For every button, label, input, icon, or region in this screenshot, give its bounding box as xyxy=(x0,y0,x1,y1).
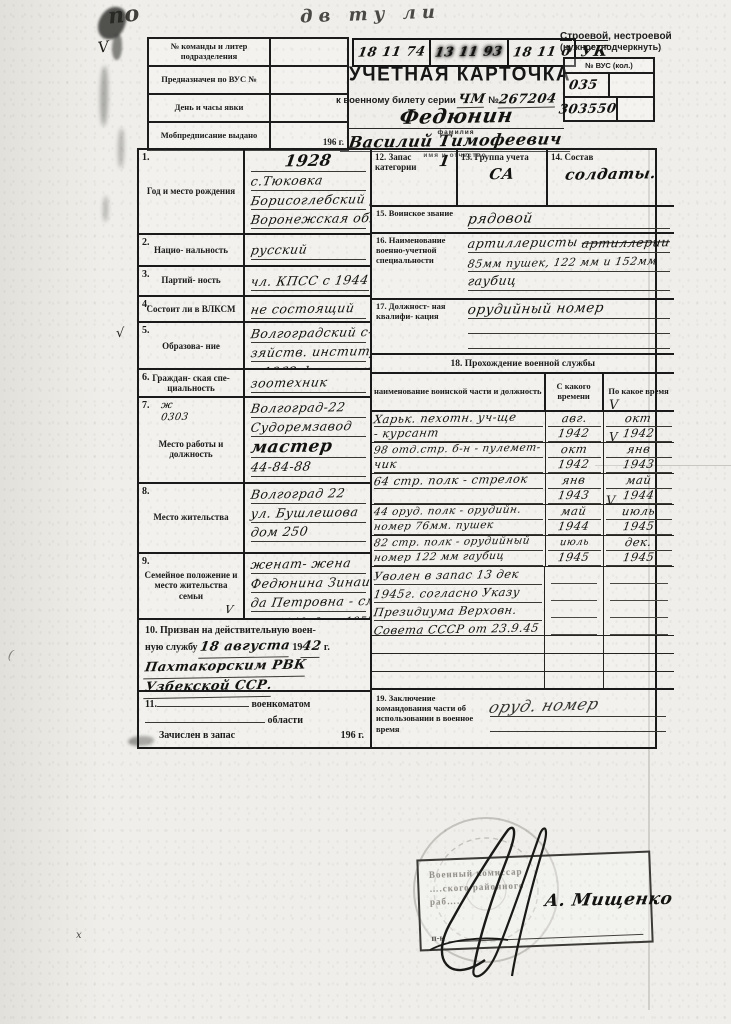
section-title: 17. Должност- ная квалифи- кация xyxy=(372,300,464,353)
hw-line: с.Тюковка xyxy=(251,172,366,191)
hw-line xyxy=(468,319,670,334)
hw-line: Харьк. пехотн. уч-ще xyxy=(374,412,543,427)
section-title: Партий- ность xyxy=(161,275,220,285)
check-mark: V xyxy=(609,398,618,413)
to-hw: июль xyxy=(621,505,656,518)
reserve-category-hw: 1 xyxy=(438,152,452,170)
blank-line xyxy=(551,618,597,635)
rank-abbreviation: п-к xyxy=(431,932,445,943)
section-label: 1. Год и место рождения xyxy=(139,150,245,233)
section-label: 5. Образова- ние xyxy=(139,323,245,368)
section-number: 8. xyxy=(142,486,150,498)
conscription-year-hw: 42 xyxy=(301,638,323,658)
blank-line xyxy=(610,601,668,618)
hw-line: 44-84-88 xyxy=(251,458,366,477)
residence-street: ул. Бушлешова xyxy=(250,504,360,521)
empty-cell xyxy=(545,672,604,688)
section-1-birth: 1. Год и место рождения 1928 с.Тюковка Б… xyxy=(139,150,370,235)
party-membership: чл. КПСС с 1944 xyxy=(250,272,370,289)
hw-line: окт xyxy=(548,443,601,458)
from-hw: июль xyxy=(558,536,589,549)
section-value: не состоящий xyxy=(245,297,370,322)
paper-smudge xyxy=(103,196,108,222)
unit-hw: 64 стр. полк - стрелок xyxy=(373,474,529,488)
ink-scribble: дв ту ли xyxy=(300,2,442,28)
section-title: 12. Запас категории xyxy=(375,152,416,172)
hw-line: дом 250 xyxy=(251,523,366,542)
hw-line: Волгоградский с-хо xyxy=(251,324,366,343)
vus-cell xyxy=(610,74,653,96)
blank-line xyxy=(610,584,668,601)
enlisted-reserve-label: Зачислен в запас xyxy=(145,730,235,741)
row-label: Мобпредписание выдано xyxy=(149,123,271,149)
section-11-reserve: 11. военкоматом области Зачислен в запас… xyxy=(139,692,370,748)
empty-row xyxy=(372,636,674,654)
from-hw: 1943 xyxy=(557,489,590,503)
work-employer: Судоремзавод xyxy=(250,418,354,435)
section-number: 2. xyxy=(142,237,150,249)
paper-smudge xyxy=(100,66,108,126)
hw-line: Борисоглебский р-н xyxy=(251,191,366,210)
voenkomat-word: военкоматом xyxy=(251,699,310,710)
date-value: 18 11 74 xyxy=(357,44,427,60)
section-title: Место жительства xyxy=(153,512,228,522)
card-title: УЧЕТНАЯ КАРТОЧКА xyxy=(340,63,580,86)
from-hw: 1942 xyxy=(557,458,590,472)
section-16-military-specialty: 16. Наименование военно-учетной специаль… xyxy=(372,234,674,300)
tick-mark: √ xyxy=(116,326,124,341)
check-mark: V xyxy=(224,604,234,617)
komsomol-status: не состоящий xyxy=(250,300,356,317)
hw-line: 1945г. согласно Указу xyxy=(374,585,542,603)
vus-row: 303550 xyxy=(565,98,653,120)
check-mark: V xyxy=(606,494,615,509)
card-left-column: 1. Год и место рождения 1928 с.Тюковка Б… xyxy=(139,150,372,747)
from-cell: июль 1945 xyxy=(546,536,604,566)
empty-cell xyxy=(604,654,674,671)
service-row: 98 отд.стр. б-н - пулемет- чик окт 1942 … xyxy=(372,443,674,474)
mobilization-row: № команды и литер подразделения xyxy=(149,39,347,67)
specialty-hw: артиллеристы xyxy=(467,234,579,251)
specialty-struck-hw: артиллерии xyxy=(580,234,670,251)
family-line: Федюнина Зинаи- xyxy=(250,573,370,590)
section-5-education: 5. Образова- ние Волгоградский с-хо зяйс… xyxy=(139,323,370,370)
section-label: 4. Состоит ли в ВЛКСМ xyxy=(139,297,245,322)
section-label: 7. ж 0303 Место работы и должность xyxy=(139,398,245,481)
hw-line: не состоящий xyxy=(251,300,366,319)
row-value xyxy=(271,67,347,93)
section-number: 4. xyxy=(142,299,150,311)
from-hw: 1944 xyxy=(557,520,590,534)
section-15-rank: 15. Воинское звание рядовой xyxy=(372,207,674,234)
hw-line: орудийный номер xyxy=(468,300,670,319)
section-number: 6. xyxy=(142,372,150,384)
mobilization-row: Предназначен по ВУС № xyxy=(149,67,347,95)
section-title: Граждан- ская спе- циальность xyxy=(143,373,239,394)
section-14-composition: 14. Состав солдаты. xyxy=(548,150,674,205)
vus-value: 303550 xyxy=(558,101,618,117)
hw-line: в 1962 фак. зоотехния xyxy=(251,362,366,368)
hw-line: Уволен в запас 13 дек xyxy=(374,567,542,585)
vus-value: 035 xyxy=(568,77,599,92)
unit-cell: Харьк. пехотн. уч-ще - курсант xyxy=(372,412,546,442)
hw-line: 1928 xyxy=(251,151,366,172)
work-phone: 44-84-88 xyxy=(250,459,313,475)
note-hw: Уволен в запас 13 дек xyxy=(373,566,521,585)
signature-line xyxy=(448,922,643,942)
empty-row xyxy=(372,654,674,672)
date-cell: 13 11 93 xyxy=(431,40,508,65)
hw-line: Воронежская обл. xyxy=(251,210,366,229)
hw-line: номер 122 мм гаубиц xyxy=(374,551,543,566)
sections-12-13-14: 12. Запас категории 1 13. Группа учета С… xyxy=(372,150,674,207)
from-hw: янв xyxy=(561,474,587,487)
section-number: 5. xyxy=(142,325,150,337)
unit-cell: 82 стр. полк - орудийный номер 122 мм га… xyxy=(372,536,546,566)
section-title: 16. Наименование военно-учетной специаль… xyxy=(372,234,464,298)
note-hw: 1945г. согласно Указу xyxy=(373,584,522,603)
work-position: мастер xyxy=(249,437,334,458)
blank-line xyxy=(551,584,597,601)
hw-line: ул. Бушлешова xyxy=(251,504,366,523)
column-from: С какого времени xyxy=(546,374,604,410)
section-19-conclusion: 19. Заключение командования части об исп… xyxy=(372,690,674,747)
scan-edge-shadow xyxy=(0,0,104,1024)
to-cell: июль 1945 xyxy=(604,505,674,535)
hw-code-letter: ж xyxy=(160,400,174,412)
section-3-party: 3. Партий- ность чл. КПСС с 1944 xyxy=(139,267,370,297)
section-value: артиллеристы артиллерии 85мм пушек, 122 … xyxy=(464,234,674,298)
section-title: Место работы и должность xyxy=(143,439,239,460)
composition-hw: солдаты. xyxy=(549,164,672,184)
section-number: 9. xyxy=(142,556,150,568)
hw-line: 82 стр. полк - орудийный xyxy=(374,536,543,551)
from-hw: авг. xyxy=(560,412,587,425)
oblast-word: области xyxy=(268,715,303,726)
vus-cell xyxy=(618,98,653,120)
row-label: Предназначен по ВУС № xyxy=(149,67,271,93)
service-row: 44 оруд. полк - орудийн. номер 76мм. пуш… xyxy=(372,505,674,536)
date-cell: 18 11 74 xyxy=(354,40,431,65)
from-cell: окт 1942 xyxy=(546,443,604,473)
section-value: 1928 с.Тюковка Борисоглебский р-н Вороне… xyxy=(245,150,370,233)
hw-line: Президиума Верховн. xyxy=(374,603,542,621)
empty-service-rows xyxy=(372,636,674,690)
hw-line: женат- жена xyxy=(251,555,366,574)
from-cell: май 1944 xyxy=(546,505,604,535)
blank-line xyxy=(610,567,668,584)
hw-line: гаубиц xyxy=(468,272,670,291)
row-label: День и часы явки xyxy=(149,95,271,121)
account-group-hw: СА xyxy=(459,164,544,183)
vus-box: № ВУС (кол.) 035 303550 xyxy=(563,57,655,122)
section-value: русский xyxy=(245,235,370,265)
unit-hw: номер 122 мм гаубиц xyxy=(373,550,505,565)
hw-line: 1943 xyxy=(548,489,601,504)
unit-cell: 64 стр. полк - стрелок xyxy=(372,474,546,504)
hw-line: окт xyxy=(606,412,672,427)
hw-code: ж 0303 xyxy=(161,400,188,423)
from-hw: окт xyxy=(560,443,588,456)
stroevoi-rest: , нестроевой xyxy=(608,31,672,42)
vus-row: 035 xyxy=(565,74,653,98)
unit-hw: номер 76мм. пушек xyxy=(373,519,495,534)
section-title: Год и место рождения xyxy=(147,186,235,196)
blank-line xyxy=(490,731,666,732)
nationality: русский xyxy=(250,241,309,257)
to-cell-empty xyxy=(604,567,674,635)
scanned-military-record-card: по дв ту ли № команды и литер подразделе… xyxy=(0,0,731,1024)
section-9-family: 9. Семейное положение и место жительства… xyxy=(139,554,370,620)
birth-district: Борисоглебский р-н xyxy=(250,191,370,208)
hw-line: май xyxy=(606,474,672,489)
section-value: Волгоградский с-хо зяйств. институт. в 1… xyxy=(245,323,370,368)
hw-line: 1943 xyxy=(606,458,672,473)
unit-hw: 98 отд.стр. б-н - пулемет- xyxy=(373,443,542,457)
education-line: зяйств. институт. xyxy=(250,343,370,361)
service-row: 64 стр. полк - стрелок янв 1943 май 1944 xyxy=(372,474,674,505)
section-label: 8. Место жительства xyxy=(139,484,245,552)
hw-line: да Петровна - см xyxy=(251,593,366,612)
hw-line: июль xyxy=(548,536,601,551)
section-title: 13. Группа учета xyxy=(461,152,529,162)
section-title: Нацио- нальность xyxy=(154,245,228,255)
hw-line: 1942 xyxy=(548,458,601,473)
reserve-year: 196 г. xyxy=(341,729,364,744)
to-hw: май xyxy=(625,474,652,487)
hw-line xyxy=(251,542,366,552)
empty-cell xyxy=(372,636,545,653)
education-line: Волгоградский с-хо xyxy=(250,324,370,341)
hw-line: 98 отд.стр. б-н - пулемет- xyxy=(374,443,543,458)
header-right: Строевой, нестроевой (нужное, подчеркнут… xyxy=(560,31,728,122)
empty-cell xyxy=(545,636,604,653)
hw-line: 1944 xyxy=(606,489,672,504)
section-title: Образова- ние xyxy=(162,341,220,351)
from-cell: янв 1943 xyxy=(546,474,604,504)
hw-line: 1944 xyxy=(548,520,601,535)
hw-line: май xyxy=(548,505,601,520)
paper-smudge xyxy=(112,34,122,60)
date-value: 13 11 93 xyxy=(434,44,504,60)
empty-cell xyxy=(372,672,545,688)
hw-line: Федюнина Зинаи- xyxy=(251,574,366,593)
hw-line: 1942 xyxy=(548,427,601,442)
blank-line xyxy=(551,601,597,618)
blank-line xyxy=(551,567,597,584)
section-label: 6. Граждан- ская спе- циальность xyxy=(139,370,245,396)
hw-line: рядовой xyxy=(468,210,670,229)
hw-line: русский xyxy=(251,241,366,260)
service-table-header: наименование воинской части и должность … xyxy=(372,374,674,412)
unit-hw: чик xyxy=(373,458,398,471)
section-number: 11. xyxy=(145,699,157,710)
to-hw: 1943 xyxy=(622,458,655,472)
birth-place: с.Тюковка xyxy=(250,172,325,188)
stroevoi-line: Строевой, нестроевой xyxy=(560,31,728,42)
card-right-column: 12. Запас категории 1 13. Группа учета С… xyxy=(372,150,674,747)
work-city: Волгоград-22 xyxy=(250,400,347,417)
to-hw: 1942 xyxy=(622,427,655,441)
conscription-line1: 10. Призван на действительную воен- xyxy=(145,625,316,636)
hw-line: оруд. номер xyxy=(490,696,666,717)
section-value: орудийный номер xyxy=(464,300,674,353)
section-8-residence: 8. Место жительства Волгоград 22 ул. Буш… xyxy=(139,484,370,554)
qualification-hw: орудийный номер xyxy=(467,300,606,318)
reserve-text: 11. военкоматом области Зачислен в запас… xyxy=(139,692,370,748)
from-hw: 1945 xyxy=(557,551,590,565)
section-value: женат- жена Федюнина Зинаи- да Петровна … xyxy=(245,554,370,618)
section-13-account-group: 13. Группа учета СА xyxy=(458,150,548,205)
hw-line: 85мм пушек, 122 мм и 152мм xyxy=(468,253,670,272)
hw-line: мастер xyxy=(251,437,366,458)
section-2-nationality: 2. Нацио- нальность русский xyxy=(139,235,370,267)
stamp-signature-row: п-к xyxy=(431,922,643,943)
family-line: сын 1949, дочь 1953 г. xyxy=(250,614,370,617)
unit-cell: 98 отд.стр. б-н - пулемет- чик xyxy=(372,443,546,473)
row-value: 196 г. xyxy=(271,123,347,149)
discharge-note: Уволен в запас 13 дек 1945г. согласно Ук… xyxy=(372,567,674,636)
section-18-title: 18. Прохождение военной службы xyxy=(372,355,674,374)
residence-city: Волгоград 22 xyxy=(250,485,347,502)
section-title: Состоит ли в ВЛКСМ xyxy=(147,304,236,314)
section-label: 2. Нацио- нальность xyxy=(139,235,245,265)
unit-hw: - курсант xyxy=(373,426,440,440)
from-hw: май xyxy=(560,505,587,518)
hw-line: сын 1949, дочь 1953 г. xyxy=(251,612,366,618)
hw-line: зяйств. институт. xyxy=(251,343,366,362)
check-mark: V xyxy=(609,430,618,444)
mobilization-box: № команды и литер подразделения Предназн… xyxy=(147,37,349,151)
section-value: зоотехник xyxy=(245,370,370,396)
hw-line: Волгоград 22 xyxy=(251,485,366,504)
to-hw: 1944 xyxy=(622,489,655,503)
to-hw: 1945 xyxy=(622,520,655,534)
vus-box-header: № ВУС (кол.) xyxy=(565,59,653,74)
section-title: 14. Состав xyxy=(551,152,593,162)
to-hw: 1945 xyxy=(622,551,655,565)
unit-cell: 44 оруд. полк - орудийн. номер 76мм. пуш… xyxy=(372,505,546,535)
empty-cell xyxy=(604,636,674,653)
to-cell: янв 1943 xyxy=(604,443,674,473)
section-title: Семейное положение и место жительства се… xyxy=(143,570,239,601)
record-card-body: 1. Год и место рождения 1928 с.Тюковка Б… xyxy=(137,148,657,749)
hw-line: 1945 xyxy=(548,551,601,566)
hw-line: 1945 xyxy=(606,520,672,535)
note-hw: Совета СССР от 23.9.45 xyxy=(373,621,541,639)
hw-code-digits: 0303 xyxy=(160,412,189,424)
hw-line: - курсант xyxy=(374,427,543,442)
conscription-rvk-hw: Пахтакорским РВК xyxy=(143,656,307,679)
section-number: 7. xyxy=(142,400,150,412)
empty-cell xyxy=(372,654,545,671)
education-line: в 1962 фак. зоотехния xyxy=(250,362,370,368)
section-value: Волгоград-22 Судоремзавод мастер 44-84-8… xyxy=(245,398,370,481)
to-hw: янв xyxy=(626,443,652,456)
birth-region: Воронежская обл. xyxy=(250,210,370,227)
mobilization-row: Мобпредписание выдано 196 г. xyxy=(149,123,347,149)
service-row: 82 стр. полк - орудийный номер 122 мм га… xyxy=(372,536,674,567)
section-value: Волгоград 22 ул. Бушлешова дом 250 xyxy=(245,484,370,552)
empty-cell xyxy=(604,672,674,688)
ink-scribble: по xyxy=(107,0,141,29)
empty-cell xyxy=(545,654,604,671)
hw-line: Совета СССР от 23.9.45 xyxy=(374,621,542,637)
residence-house: дом 250 xyxy=(250,523,310,539)
hw-line: янв xyxy=(548,474,601,489)
section-label: 3. Партий- ность xyxy=(139,267,245,295)
section-value: рядовой xyxy=(464,207,674,232)
hw-line: 44 оруд. полк - орудийн. xyxy=(374,505,543,520)
hw-line: номер 76мм. пушек xyxy=(374,520,543,535)
hw-line: зоотехник xyxy=(251,374,366,393)
cross-mark: х xyxy=(76,930,82,941)
column-unit: наименование воинской части и должность xyxy=(372,374,546,410)
handwritten-date-box: 18 11 74 13 11 93 18 11 д УК xyxy=(352,38,582,63)
hw-line: Судоремзавод xyxy=(251,418,366,437)
hw-line: 1945 xyxy=(606,551,672,566)
birth-year: 1928 xyxy=(284,151,334,171)
unit-hw: 44 оруд. полк - орудийн. xyxy=(373,505,522,519)
family-line: да Петровна - см xyxy=(250,592,370,609)
hw-line: чл. КПСС с 1944 xyxy=(251,272,369,291)
section-4-komsomol: 4. Состоит ли в ВЛКСМ не состоящий xyxy=(139,297,370,324)
row-label: № команды и литер подразделения xyxy=(149,39,271,65)
mobilization-row: День и часы явки xyxy=(149,95,347,123)
from-hw: 1942 xyxy=(557,427,590,441)
conscription-line2: ную службу xyxy=(145,642,198,653)
section-number: 3. xyxy=(142,269,150,281)
unit-hw: Харьк. пехотн. уч-ще xyxy=(373,412,518,426)
hw-line xyxy=(468,334,670,349)
printed-g: г. xyxy=(324,642,330,653)
empty-row xyxy=(372,672,674,690)
hw-line xyxy=(374,489,543,504)
section-number: 1. xyxy=(142,152,150,164)
hw-line: дек. xyxy=(606,536,672,551)
civil-specialty: зоотехник xyxy=(250,375,329,391)
to-hw: окт xyxy=(624,412,652,425)
note-hw: Президиума Верховн. xyxy=(373,602,519,620)
from-cell: авг. 1942 xyxy=(546,412,604,442)
section-title: 15. Воинское звание xyxy=(372,207,464,232)
family-line: женат- жена xyxy=(250,555,353,572)
specialty-hw: гаубиц xyxy=(467,273,518,289)
rank-hw: рядовой xyxy=(467,210,534,227)
section-6-civil-specialty: 6. Граждан- ская спе- циальность зоотехн… xyxy=(139,370,370,398)
section-value: оруд. номер xyxy=(490,690,674,747)
from-cell-empty xyxy=(545,567,604,635)
hw-line: 64 стр. полк - стрелок xyxy=(374,474,543,489)
service-row: Харьк. пехотн. уч-ще - курсант авг. 1942… xyxy=(372,412,674,443)
section-12-reserve-category: 12. Запас категории 1 xyxy=(372,150,458,205)
conscription-date-hw: 18 августа xyxy=(198,637,291,658)
paper-smudge xyxy=(118,128,124,168)
section-7-workplace: 7. ж 0303 Место работы и должность Волго… xyxy=(139,398,370,483)
check-mark: V xyxy=(97,37,110,56)
vus-cell: 303550 xyxy=(565,98,618,120)
hw-line: июль xyxy=(606,505,672,520)
specialty-hw: 85мм пушек, 122 мм и 152мм xyxy=(467,254,658,270)
conscription-text: 10. Призван на действительную воен- ную … xyxy=(139,620,370,702)
commissar-name-handwritten: А. Мищенко xyxy=(543,889,674,911)
section-title: 19. Заключение командования части об исп… xyxy=(372,690,490,747)
section-label: 9. Семейное положение и место жительства… xyxy=(139,554,245,618)
hw-line: янв xyxy=(606,443,672,458)
hw-line: Волгоград-22 xyxy=(251,399,366,418)
hw-line: чик xyxy=(374,458,543,473)
section-17-position-qualification: 17. Должност- ная квалифи- кация орудийн… xyxy=(372,300,674,355)
